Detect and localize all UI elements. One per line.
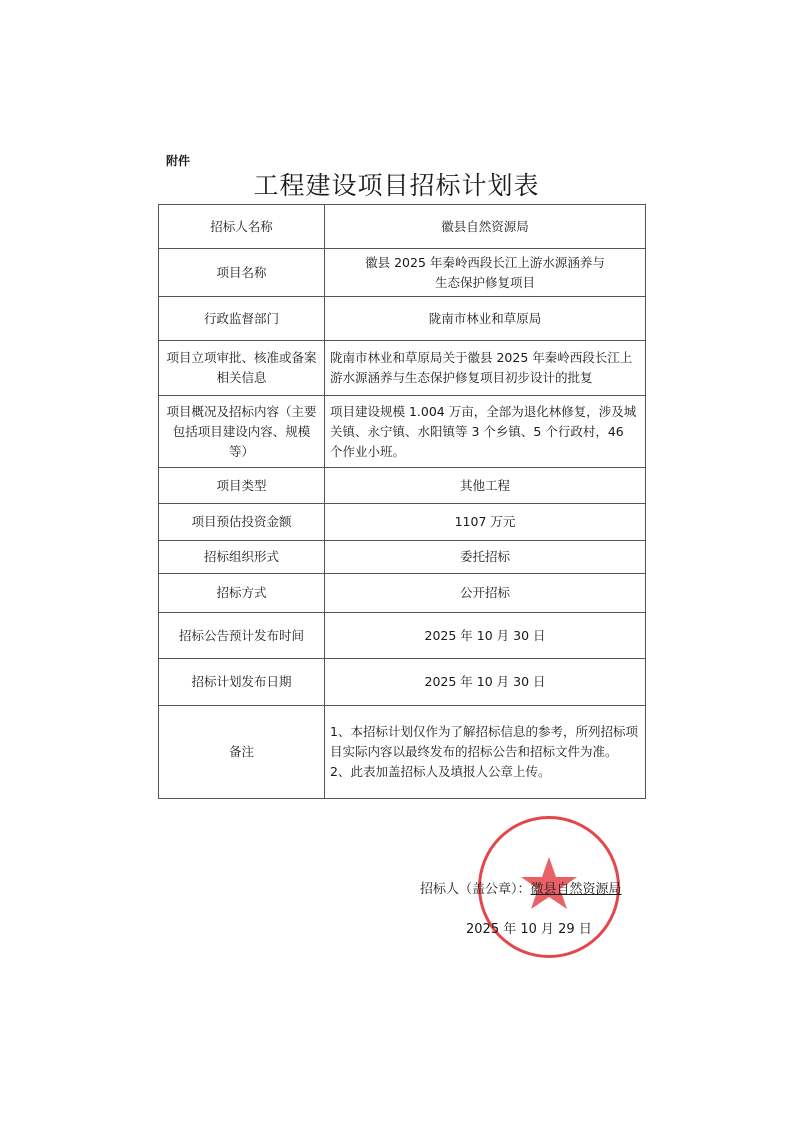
table-row: 招标方式 公开招标	[159, 574, 646, 613]
row-value: 其他工程	[325, 468, 646, 504]
table-row: 项目名称 徽县 2025 年秦岭西段长江上游水源涵养与生态保护修复项目	[159, 249, 646, 297]
table-row: 招标计划发布日期 2025 年 10 月 30 日	[159, 659, 646, 706]
row-value: 徽县自然资源局	[325, 205, 646, 249]
table-row: 招标组织形式 委托招标	[159, 541, 646, 574]
table-row: 招标人名称 徽县自然资源局	[159, 205, 646, 249]
notes-row: 备注 1、本招标计划仅作为了解招标信息的参考，所列招标项目实际内容以最终发布的招…	[159, 706, 646, 799]
row-label: 招标计划发布日期	[159, 659, 325, 706]
row-label: 招标公告预计发布时间	[159, 613, 325, 659]
notes-value: 1、本招标计划仅作为了解招标信息的参考，所列招标项目实际内容以最终发布的招标公告…	[325, 706, 646, 799]
row-value: 2025 年 10 月 30 日	[325, 659, 646, 706]
signature-line: 招标人（盖公章）：徽县自然资源局	[420, 878, 622, 897]
row-label: 招标人名称	[159, 205, 325, 249]
tender-plan-table: 招标人名称 徽县自然资源局 项目名称 徽县 2025 年秦岭西段长江上游水源涵养…	[158, 204, 646, 799]
note-line-1: 1、本招标计划仅作为了解招标信息的参考，所列招标项目实际内容以最终发布的招标公告…	[330, 722, 640, 762]
row-value: 陇南市林业和草原局关于徽县 2025 年秦岭西段长江上游水源涵养与生态保护修复项…	[325, 341, 646, 396]
notes-label: 备注	[159, 706, 325, 799]
row-value: 陇南市林业和草原局	[325, 297, 646, 341]
table-row: 项目类型 其他工程	[159, 468, 646, 504]
row-value: 2025 年 10 月 30 日	[325, 613, 646, 659]
row-label: 招标组织形式	[159, 541, 325, 574]
row-label: 项目概况及招标内容（主要包括项目建设内容、规模等）	[159, 396, 325, 468]
signature-label: 招标人（盖公章）：	[420, 882, 531, 897]
row-label: 项目名称	[159, 249, 325, 297]
signature-org: 徽县自然资源局	[531, 882, 622, 897]
row-label: 行政监督部门	[159, 297, 325, 341]
row-value: 徽县 2025 年秦岭西段长江上游水源涵养与生态保护修复项目	[325, 249, 646, 297]
row-label: 项目立项审批、核准或备案相关信息	[159, 341, 325, 396]
table-row: 招标公告预计发布时间 2025 年 10 月 30 日	[159, 613, 646, 659]
table-row: 项目预估投资金额 1107 万元	[159, 504, 646, 541]
table-row: 项目立项审批、核准或备案相关信息 陇南市林业和草原局关于徽县 2025 年秦岭西…	[159, 341, 646, 396]
row-label: 项目类型	[159, 468, 325, 504]
signature-date: 2025 年 10 月 29 日	[466, 918, 592, 937]
row-value: 公开招标	[325, 574, 646, 613]
row-value: 1107 万元	[325, 504, 646, 541]
note-line-2: 2、此表加盖招标人及填报人公章上传。	[330, 762, 640, 782]
row-label: 项目预估投资金额	[159, 504, 325, 541]
row-value: 项目建设规模 1.004 万亩，全部为退化林修复，涉及城关镇、永宁镇、水阳镇等 …	[325, 396, 646, 468]
page-title: 工程建设项目招标计划表	[0, 166, 793, 202]
table-row: 行政监督部门 陇南市林业和草原局	[159, 297, 646, 341]
row-label: 招标方式	[159, 574, 325, 613]
row-value: 委托招标	[325, 541, 646, 574]
table-row: 项目概况及招标内容（主要包括项目建设内容、规模等） 项目建设规模 1.004 万…	[159, 396, 646, 468]
